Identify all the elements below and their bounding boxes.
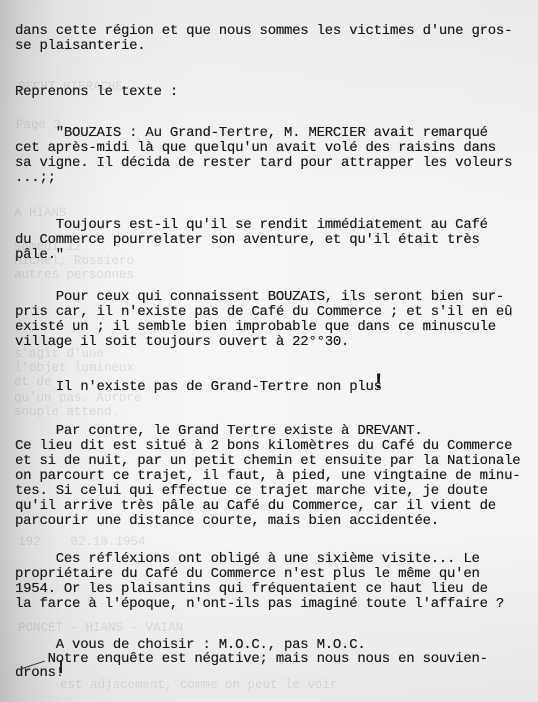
text-line: dans cette région et que nous sommes les… — [15, 24, 512, 39]
text-line: pâle." — [15, 248, 64, 263]
text-line: village il soit toujours ouvert à 22°°30… — [15, 335, 349, 350]
text-line: Ce lieu dit est situé à 2 bons kilomètre… — [15, 439, 512, 454]
pen-exclamation — [60, 660, 62, 673]
text-line: Ces réfléxions ont obligé à une sixième … — [15, 552, 480, 567]
text-line: "BOUZAIS : Au Grand-Tertre, M. MERCIER a… — [15, 126, 488, 141]
text-line: existé un ; il semble bien improbable qu… — [15, 320, 496, 335]
show-through-text: PONCET - HIANS - VAIAN — [18, 621, 183, 635]
text-line: qu'il arrive très pâle au Café du Commer… — [15, 499, 496, 514]
show-through-text: 192 02.10.1954 — [18, 535, 146, 549]
text-line: Il n'existe pas de Grand-Tertre non plus — [15, 380, 382, 395]
show-through-text: est adjacement, comme on peut le voir — [60, 678, 338, 692]
text-line: on parcourt ce trajet, il faut, à pied, … — [15, 469, 520, 484]
text-line: tes. Si celui qui effectue ce trajet mar… — [15, 484, 488, 499]
text-line: sa vigne. Il décida de rester tard pour … — [15, 156, 512, 171]
text-line: se plaisanterie. — [15, 39, 145, 54]
text-line: et si de nuit, par un petit chemin et en… — [15, 454, 520, 469]
text-line: la farce à l'époque, n'ont-ils pas imagi… — [15, 597, 504, 612]
text-line: Pour ceux qui connaissent BOUZAIS, ils s… — [15, 290, 504, 305]
text-line: propriétaire du Café du Commerce n'est p… — [15, 567, 480, 582]
text-line: Notre enquête est négative; mais nous no… — [15, 652, 488, 667]
text-line: 1954. Or les plaisantins qui fréquentaie… — [15, 582, 488, 597]
text-line: pris car, il n'existe pas de Café du Com… — [15, 305, 512, 320]
handwritten-exclamation: ! — [372, 370, 385, 395]
show-through-text: autres personnes — [14, 268, 134, 282]
text-line: Par contre, le Grand Tertre existe à DRE… — [15, 424, 423, 439]
scanned-page: RECHT HIERACHE Page 3 A HIANS Samedi 12 … — [0, 0, 538, 702]
text-line: Toujours est-il qu'il se rendit immédiat… — [15, 218, 488, 233]
show-through-text: souple attend. — [14, 405, 119, 419]
text-line: ...;; — [15, 171, 56, 186]
text-line: cet après-midi là que quelqu'un avait vo… — [15, 141, 496, 156]
text-line: Reprenons le texte : — [15, 85, 178, 100]
text-line: du Commerce pourrelater son aventure, et… — [15, 233, 480, 248]
text-line: parcourir une distance courte, mais bien… — [15, 514, 439, 529]
show-through-text: l'objet lumineux — [14, 361, 134, 375]
